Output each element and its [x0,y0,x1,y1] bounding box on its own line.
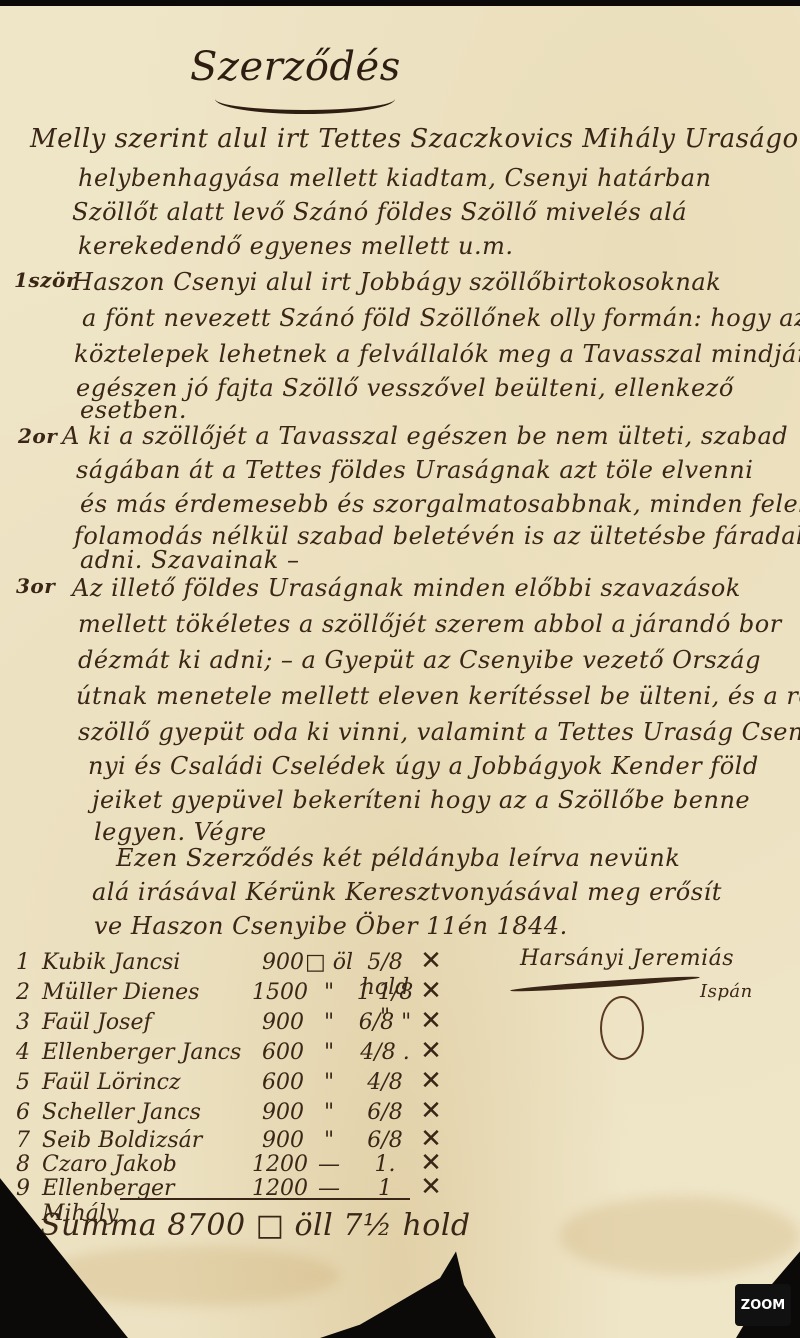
tenant-number: 9 [16,1176,42,1201]
signature-flourish [600,996,644,1060]
tenant-row: 3 Faül Josef 900 " 6/8 " ✕ [16,1006,446,1036]
tenant-number: 1 [16,950,42,975]
summary-total: Summa 8700 □ öll 7½ hold [40,1208,471,1243]
closing-line: Ezen Szerződés két példányba leírva nevü… [116,844,680,872]
cross-mark-icon: ✕ [416,1096,446,1126]
tenant-area: 600 [252,1070,304,1095]
point-line: mellett tökéletes a szöllőjét szerem abb… [78,610,782,638]
tenant-fraction: 4/8 . [354,1040,416,1065]
intro-line: helybenhagyása mellett kiadtam, Csenyi h… [78,164,711,192]
cross-mark-icon: ✕ [416,1036,446,1066]
tenant-name: Müller Dienes [42,980,252,1005]
point-line: esetben. [80,396,187,424]
signature-flourish [510,974,700,993]
point-line: Az illető földes Uraságnak minden előbbi… [72,574,741,602]
point-line: A ki a szöllőjét a Tavasszal egészen be … [62,422,788,450]
intro-line: kerekedendő egyenes mellett u.m. [78,232,513,260]
point-line: ságában át a Tettes földes Uraságnak azt… [76,456,753,484]
cross-mark-icon: ✕ [416,1066,446,1096]
tenant-number: 4 [16,1040,42,1065]
water-stain [560,1196,800,1276]
tenant-unit: " [304,1070,354,1095]
tenant-name: Scheller Jancs [42,1100,252,1125]
summary-rule [120,1198,410,1200]
tenant-area: 1500 [252,980,304,1005]
tenant-number: 3 [16,1010,42,1035]
closing-line: ve Haszon Csenyibe Öber 11én 1844. [94,912,568,940]
tenant-name: Kubik Jancsi [42,950,252,975]
tenant-area: 900 [252,950,304,975]
tenant-unit: " [304,1100,354,1125]
point-line: útnak menetele mellett eleven kerítéssel… [76,682,800,710]
tenant-row: 6 Scheller Jancs 900 " 6/8 ✕ [16,1096,446,1126]
tenant-area: 900 [252,1010,304,1035]
point-line: adni. Szavainak – [80,546,299,574]
intro-line: Melly szerint alul irt Tettes Szaczkovic… [30,124,800,154]
point-line: és más érdemesebb és szorgalmatosabbnak,… [80,490,800,518]
point-line: legyen. Végre [94,818,267,846]
tenant-name: Faül Lörincz [42,1070,252,1095]
tenant-row: 5 Faül Lörincz 600 " 4/8 ✕ [16,1066,446,1096]
tenant-name: Ellenberger Jancs [42,1040,252,1065]
tenant-number: 2 [16,980,42,1005]
cross-mark-icon: ✕ [416,946,446,976]
point-line: dézmát ki adni; – a Gyepüt az Csenyibe v… [78,646,761,674]
tenant-unit: □ öl [304,950,354,975]
point-line: a fönt nevezett Szánó föld Szöllőnek oll… [82,304,800,332]
cross-mark-icon: ✕ [416,1006,446,1036]
title-flourish [215,84,395,114]
point-marker: 1ször [14,268,77,292]
tenant-fraction: 6/8 [354,1100,416,1125]
intro-line: Szöllőt alatt levő Szánó földes Szöllő m… [72,198,687,226]
water-stain [40,1246,340,1306]
tenant-fraction: 4/8 [354,1070,416,1095]
zoom-watermark-button[interactable]: ZOOM [735,1284,791,1326]
tenant-number: 5 [16,1070,42,1095]
tenant-area: 600 [252,1040,304,1065]
point-line: szöllő gyepüt oda ki vinni, valamint a T… [78,718,800,746]
point-line: köztelepek lehetnek a felvállalók meg a … [74,340,800,368]
signature-name: Harsányi Jeremiás [520,946,734,971]
tenant-number: 6 [16,1100,42,1125]
point-marker: 3or [16,574,55,598]
signature-title: Ispán [700,981,753,1002]
tenant-area: 900 [252,1100,304,1125]
zoom-label: ZOOM [741,1298,785,1313]
point-marker: 2or [18,424,57,448]
cross-mark-icon: ✕ [416,1172,446,1202]
document-page: Szerződés Melly szerint alul irt Tettes … [0,6,800,1338]
tenant-fraction: 6/8 " [354,1010,416,1035]
closing-line: alá irásával Kérünk Keresztvonyásával me… [92,878,722,906]
tenant-unit: " [304,980,354,1005]
tenant-unit: " [304,1010,354,1035]
point-line: jeiket gyepüvel bekeríteni hogy az a Szö… [92,786,750,814]
tenant-row: 4 Ellenberger Jancs 600 " 4/8 . ✕ [16,1036,446,1066]
tenant-name: Faül Josef [42,1010,252,1035]
point-line: Haszon Csenyi alul irt Jobbágy szöllőbir… [72,268,721,296]
point-line: nyi és Családi Cselédek úgy a Jobbágyok … [88,752,759,780]
cross-mark-icon: ✕ [416,976,446,1006]
tenant-unit: " [304,1040,354,1065]
